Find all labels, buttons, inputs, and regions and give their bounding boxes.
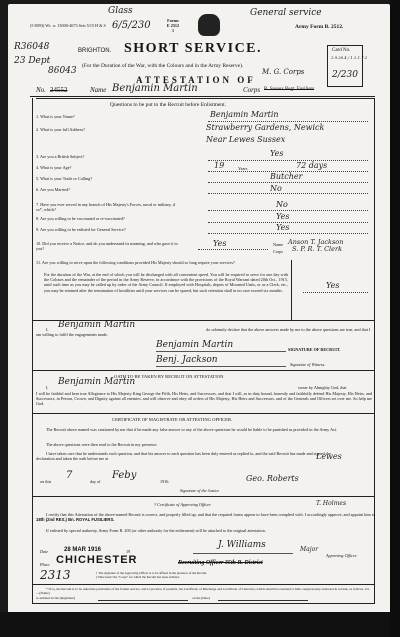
answer-5: Butcher [270, 172, 302, 181]
divider [32, 413, 375, 414]
approving-officer-label: Approving Officer. [326, 553, 357, 558]
witness-label: Signature of Witness. [290, 362, 325, 367]
date-value: 28 MAR 1916 [64, 547, 101, 553]
corps-value: R. Sussex Regt. Fusiliers [264, 87, 314, 93]
answer-10: Yes [213, 239, 226, 248]
signature-line [156, 351, 286, 352]
question-4: 4. What is your Age? [36, 165, 71, 170]
notice-corps: S. P. R. T. Clerk [292, 245, 342, 253]
card-small-number: 2.9.26.4 / 1.2.1.7.2 [331, 55, 367, 60]
place-value: CHICHESTER [56, 554, 138, 566]
question-2: 2. What is your full Address? [36, 127, 85, 132]
divider [32, 496, 375, 497]
margin-note-3: 86043 [48, 66, 77, 76]
justice-signature: Geo. Roberts [246, 474, 299, 483]
answer-4-days: 72 days [296, 161, 327, 170]
no-value: 24552 [50, 86, 68, 94]
on-this-label: on this [40, 479, 51, 484]
oath-text-1: swear by Almighty God, that [298, 385, 347, 390]
attest-year: 1916. [160, 479, 169, 484]
answer-4-years: 19 [214, 161, 224, 170]
place-label: Place [40, 562, 50, 567]
form-stamp: Forms E 2512 1 [166, 18, 180, 34]
signature-line [193, 553, 293, 554]
declaration-text: do solemnly declare that the above answe… [36, 327, 372, 337]
hand-corps: M. G. Corps [262, 68, 304, 76]
divider [32, 370, 375, 371]
fill-line [218, 600, 308, 601]
notice-name-label: Name [273, 242, 283, 247]
answer-line [208, 193, 368, 194]
day-of-label: day of [90, 479, 101, 484]
royal-crest-icon [198, 14, 220, 36]
officer-signature: J. Williams [218, 540, 266, 550]
questions-heading: Questions to be put to the Recruit befor… [110, 102, 226, 108]
approving-p1: I certify that this Attestation of the a… [36, 512, 376, 522]
approving-p2: If enlisted by special authority, Army F… [36, 528, 372, 533]
oath-prefix: I, [46, 385, 48, 390]
attest-day: 7 [66, 470, 72, 481]
scan-shadow-bottom [0, 612, 400, 637]
hand-date-stamp: 6/5/230 [112, 20, 151, 31]
question-7: 7. Have you ever served in any branch of… [36, 202, 181, 212]
approving-heading: † Certificate of Approving Officer. [154, 502, 211, 507]
answer-8: Yes [276, 212, 289, 221]
justice-label: Signature of the Justice [180, 488, 219, 493]
scan-shadow-right [390, 0, 400, 637]
corps-label: Corps [243, 86, 260, 94]
recruiting-officer: Recruiting Officer 35th R. District [178, 560, 263, 566]
answer-line [208, 210, 368, 211]
divider [30, 96, 375, 97]
extra-signature: T. Holmes [316, 500, 346, 507]
margin-note-1: R36048 [14, 42, 49, 52]
question-8: 8. Are you willing to be vaccinated or r… [36, 216, 125, 221]
answer-7: No [276, 200, 288, 209]
question-9: 9. Are you willing to be enlisted for Ge… [36, 227, 126, 232]
card-label: Card No. [332, 48, 350, 54]
question-3: 3. Are you a British Subject? [36, 154, 84, 159]
form-number: Army Form B. 2512. [295, 24, 343, 30]
answer-line [208, 121, 368, 122]
answer-1: Benjamin Martin [210, 110, 279, 119]
footer-note-3: on the (Date) [192, 596, 210, 600]
footer-note-2: re-enlisted in the (Regiment) [36, 596, 75, 600]
magistrate-p3: I have taken care that he understands ea… [36, 451, 336, 461]
magistrate-p2: The above questions were then read to th… [46, 442, 157, 447]
question-5: 5. What is your Trade or Calling? [36, 176, 92, 181]
signature-line [156, 366, 286, 367]
answer-line [208, 182, 368, 183]
question-1: 1. What is your Name? [36, 114, 75, 119]
card-number-box: Card No. 2.9.26.4 / 1.2.1.7.2 2/230 [327, 45, 363, 87]
answer-3: Yes [270, 149, 283, 158]
recruit-signature: Benjamin Martin [156, 340, 233, 350]
date-label: Date [40, 549, 48, 554]
oath-name: Benjamin Martin [58, 377, 135, 387]
approving-footnote-2: ‡ Here insert the "Corps" for which the … [96, 575, 180, 579]
frame-left [32, 98, 33, 603]
answer-2-line2: Near Lewes Sussex [206, 135, 285, 144]
bracket [291, 260, 292, 320]
service-conditions: For the duration of the War, at the end … [44, 272, 288, 293]
witness-signature: Benj. Jackson [156, 355, 218, 365]
magistrate-heading: CERTIFICATE OF MAGISTRATE OR ATTESTING O… [112, 417, 232, 422]
divider [32, 584, 375, 585]
answer-2-line1: Strawberry Gardens, Newick [206, 123, 324, 132]
hand-note-top: Glass [108, 6, 133, 16]
attestation-form: (5 8093) Wt. w. 13000-4673 Sets 5/15 H &… [8, 4, 390, 614]
question-11: 11. Are you willing to serve upon the fo… [36, 260, 288, 265]
no-label: No. [36, 86, 46, 94]
divider [32, 603, 375, 604]
reference-number: 2313 [40, 568, 71, 582]
form-subtitle: (For the Duration of the War, with the C… [82, 63, 243, 69]
hand-note-general-service: General service [250, 8, 322, 18]
magistrate-p1: The Recruit above named was cautioned by… [36, 427, 372, 432]
question-6: 6. Are you Married? [36, 187, 70, 192]
answer-line [303, 292, 368, 293]
notice-corps-label: Corps [273, 249, 283, 254]
answer-9: Yes [276, 223, 289, 232]
name-value: Benjamin Martin [112, 83, 198, 94]
location: BRIGHTON. [78, 48, 111, 54]
name-label: Name [90, 86, 106, 94]
fill-line [98, 600, 188, 601]
margin-note-2: 23 Dept [14, 56, 50, 66]
attest-month: Feby [112, 470, 136, 481]
answer-line [208, 160, 368, 161]
divider [36, 98, 375, 99]
answer-line [208, 233, 368, 234]
print-reference: (5 8093) Wt. w. 13000-4673 Sets 5/15 H &… [30, 23, 106, 28]
oath-text-2: I will be faithful and bear true Allegia… [36, 391, 372, 407]
form-title: SHORT SERVICE. [124, 41, 262, 57]
question-10: 10. Did you receive a Notice, and do you… [36, 241, 186, 251]
answer-6: No [270, 184, 282, 193]
answer-line [198, 249, 268, 250]
footer-note: * If so, the Recruit is to be asked the … [36, 587, 372, 596]
recruit-signature-label: SIGNATURE OF RECRUIT. [288, 347, 340, 352]
attest-place: Lewes [316, 452, 342, 461]
unit-stamp: 18th (2nd RES.) Bn. ROYAL FUSILIERS. [36, 517, 114, 522]
card-number: 2/230 [332, 70, 358, 80]
years-label: Years [238, 166, 247, 171]
answer-11: Yes [326, 281, 339, 290]
officer-rank: Major [300, 546, 318, 553]
frame-right [374, 98, 375, 603]
